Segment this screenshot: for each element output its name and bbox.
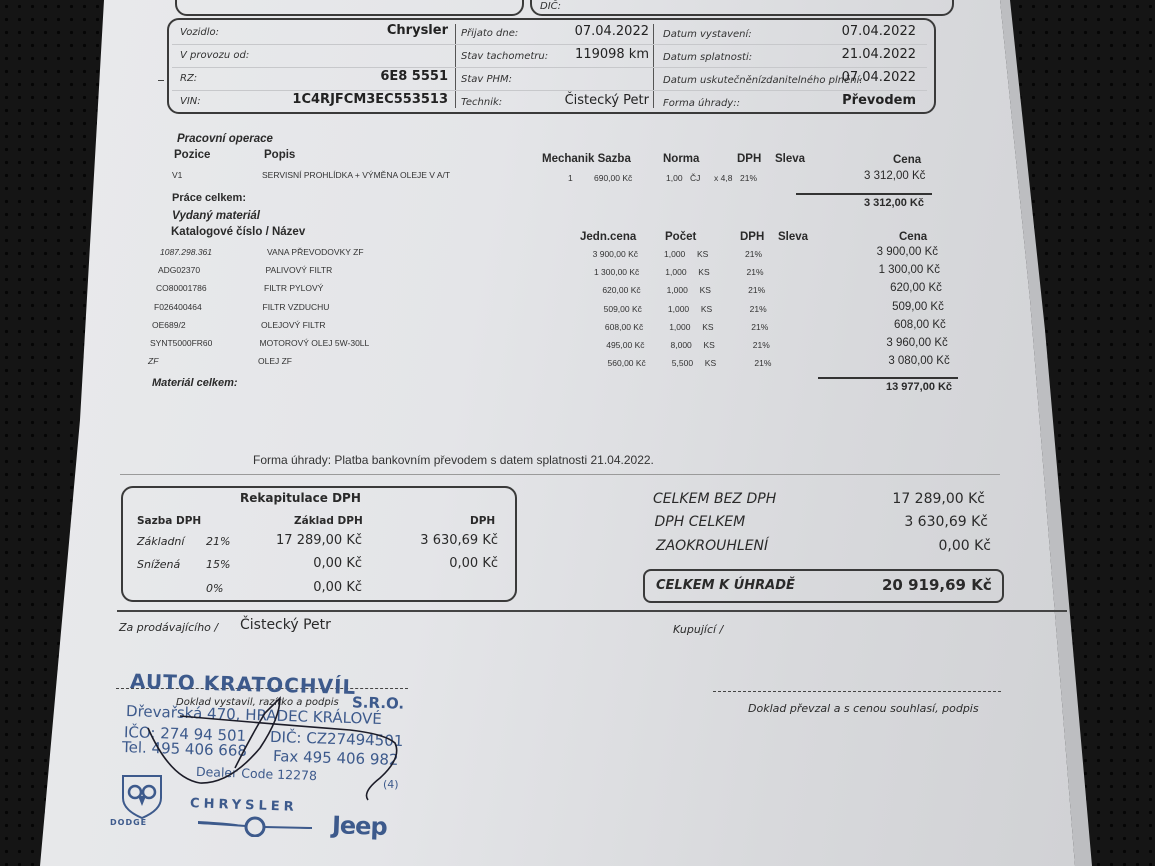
date-value: 07.04.2022 bbox=[842, 70, 916, 85]
buyer-caption: Doklad převzal a s cenou souhlasí, podpi… bbox=[748, 702, 979, 715]
left-tick bbox=[158, 80, 164, 81]
brand-jeep: Jeep bbox=[332, 811, 388, 841]
material-unit-price: 620,00 Kč bbox=[602, 285, 640, 295]
seller-label: Za prodávajícího / bbox=[119, 621, 218, 634]
material-dph: 21% bbox=[751, 322, 768, 332]
material-name: MOTOROVÝ OLEJ 5W-30LL bbox=[260, 338, 370, 348]
material-qty: 1,000 bbox=[665, 267, 686, 277]
labor-total: 3 312,00 Kč bbox=[864, 197, 924, 209]
col-sleva: Sleva bbox=[775, 153, 805, 165]
date-value: 07.04.2022 bbox=[842, 24, 916, 39]
labor-total-label: Práce celkem: bbox=[172, 192, 246, 204]
material-price: 3 080,00 Kč bbox=[888, 355, 949, 367]
labor-mult: x 4,8 bbox=[714, 173, 732, 183]
vehicle-info-box bbox=[167, 18, 936, 114]
col-pozice: Pozice bbox=[174, 149, 210, 161]
material-total-rule bbox=[818, 377, 958, 379]
material-dph: 21% bbox=[748, 285, 765, 295]
material-name: OLEJ ZF bbox=[258, 356, 292, 366]
material-qty: 5,500 bbox=[672, 358, 693, 368]
material-catalog-no: ADG02370 bbox=[158, 265, 200, 275]
material-dph: 21% bbox=[750, 304, 767, 314]
vehicle-label: VIN: bbox=[180, 96, 201, 107]
labor-section-title: Pracovní operace bbox=[177, 133, 273, 145]
brand-dodge: DODGE bbox=[110, 818, 147, 827]
labor-cena: 3 312,00 Kč bbox=[864, 170, 925, 182]
material-qty: 1,000 bbox=[664, 249, 685, 259]
grand-total-value: 20 919,69 Kč bbox=[882, 576, 992, 594]
material-price: 3 900,00 Kč bbox=[877, 246, 938, 258]
row-divider bbox=[172, 67, 927, 68]
date-value: 21.04.2022 bbox=[842, 47, 916, 62]
vehicle-value: 1C4RJFCM3EC553513 bbox=[292, 92, 448, 107]
chrysler-wings-logo-icon bbox=[196, 815, 314, 837]
vehicle-label: RZ: bbox=[180, 73, 197, 84]
vat-recap-title: Rekapitulace DPH bbox=[240, 491, 361, 505]
service-label: Technik: bbox=[461, 97, 502, 108]
material-catalog-no: F026400464 bbox=[154, 302, 202, 312]
material-price: 608,00 Kč bbox=[894, 319, 946, 331]
vat-base: 17 289,00 Kč bbox=[276, 533, 362, 548]
material-qty: 8,000 bbox=[671, 340, 692, 350]
dic-label: DIČ: bbox=[540, 1, 561, 12]
divider bbox=[455, 24, 456, 108]
vat-rate-name: Snížená bbox=[137, 558, 180, 571]
payment-note: Forma úhrady: Platba bankovním převodem … bbox=[253, 453, 654, 467]
material-section-title: Vydaný materiál bbox=[172, 210, 260, 222]
material-name: OLEJOVÝ FILTR bbox=[261, 320, 326, 330]
summary-value: 0,00 Kč bbox=[939, 538, 992, 554]
vehicle-value: 6E8 5551 bbox=[380, 69, 448, 84]
material-dph: 21% bbox=[754, 358, 771, 368]
vehicle-label: Vozidlo: bbox=[180, 27, 219, 38]
date-label: Datum vystavení: bbox=[663, 29, 752, 40]
dic-box-partial bbox=[530, 0, 954, 16]
material-unit: KS bbox=[697, 249, 708, 259]
material-dph: 21% bbox=[747, 267, 764, 277]
vat-base: 0,00 Kč bbox=[313, 556, 362, 571]
divider bbox=[653, 24, 654, 108]
material-dph: 21% bbox=[745, 249, 762, 259]
date-label: Forma úhrady:: bbox=[663, 98, 740, 109]
vat-rate: 0% bbox=[206, 582, 223, 595]
material-qty: 1,000 bbox=[667, 285, 688, 295]
material-unit: KS bbox=[700, 285, 711, 295]
vehicle-value: Chrysler bbox=[387, 23, 448, 38]
row-divider bbox=[172, 90, 927, 91]
material-dph: 21% bbox=[753, 340, 770, 350]
material-catalog-no: CO80001786 bbox=[156, 283, 207, 293]
service-label: Stav PHM: bbox=[461, 74, 512, 85]
service-value: 119098 km bbox=[575, 47, 649, 62]
material-unit-price: 509,00 Kč bbox=[604, 304, 642, 314]
service-label: Stav tachometru: bbox=[461, 51, 548, 62]
col-cena: Cena bbox=[899, 231, 927, 243]
col-dph: DPH bbox=[740, 231, 764, 243]
summary-label: DPH CELKEM bbox=[655, 514, 746, 530]
labor-total-rule bbox=[796, 193, 932, 195]
dodge-ram-logo-icon bbox=[120, 772, 164, 820]
material-catalog-no: OE689/2 bbox=[152, 320, 186, 330]
material-total-label: Materiál celkem: bbox=[152, 377, 238, 389]
vat-rate: 21% bbox=[206, 535, 230, 548]
service-label: Přijato dne: bbox=[461, 28, 518, 39]
material-price: 3 960,00 Kč bbox=[886, 337, 947, 349]
col-popis: Popis bbox=[264, 149, 295, 161]
vat-base: 0,00 Kč bbox=[313, 580, 362, 595]
col-katalog: Katalogové číslo / Název bbox=[171, 226, 305, 238]
summary-label: ZAOKROUHLENÍ bbox=[656, 538, 768, 554]
summary-value: 17 289,00 Kč bbox=[892, 491, 985, 507]
material-unit-price: 1 300,00 Kč bbox=[594, 267, 639, 277]
material-unit-price: 3 900,00 Kč bbox=[593, 249, 638, 259]
col-jedn-cena: Jedn.cena bbox=[580, 231, 636, 243]
vat-col-dph: DPH bbox=[470, 515, 495, 527]
grand-total-label: CELKEM K ÚHRADĚ bbox=[656, 578, 795, 593]
material-unit: KS bbox=[702, 322, 713, 332]
buyer-dashed-line bbox=[713, 691, 1001, 692]
col-dph: DPH bbox=[737, 153, 761, 165]
customer-box-partial bbox=[175, 0, 524, 16]
vat-amount: 0,00 Kč bbox=[449, 556, 498, 571]
labor-sazba: 690,00 Kč bbox=[594, 173, 632, 183]
col-sleva: Sleva bbox=[778, 231, 808, 243]
labor-dph: 21% bbox=[740, 173, 757, 183]
material-unit-price: 495,00 Kč bbox=[606, 340, 644, 350]
service-value: 07.04.2022 bbox=[575, 24, 649, 39]
date-label: Datum splatnosti: bbox=[663, 52, 752, 63]
seller-name: Čistecký Petr bbox=[240, 617, 331, 633]
material-name: FILTR VZDUCHU bbox=[263, 302, 330, 312]
signature-rule bbox=[117, 610, 1067, 612]
row-divider bbox=[172, 44, 927, 45]
material-qty: 1,000 bbox=[668, 304, 689, 314]
service-value: Čistecký Petr bbox=[565, 93, 649, 108]
material-name: PALIVOVÝ FILTR bbox=[266, 265, 333, 275]
material-unit: KS bbox=[705, 358, 716, 368]
vat-col-zaklad: Základ DPH bbox=[294, 515, 363, 527]
vat-rate-name: Základní bbox=[137, 535, 184, 548]
labor-norma: 1,00 bbox=[666, 173, 683, 183]
material-unit-price: 560,00 Kč bbox=[608, 358, 646, 368]
material-name: VANA PŘEVODOVKY ZF bbox=[267, 247, 364, 257]
material-total: 13 977,00 Kč bbox=[886, 381, 952, 393]
col-norma: Norma bbox=[663, 153, 699, 165]
divider bbox=[120, 474, 1000, 475]
buyer-label: Kupující / bbox=[673, 623, 723, 636]
vehicle-label: V provozu od: bbox=[180, 50, 249, 61]
stamp-note: (4) bbox=[383, 778, 399, 791]
date-value: Převodem bbox=[842, 93, 916, 108]
material-price: 1 300,00 Kč bbox=[879, 264, 940, 276]
labor-mechanik: 1 bbox=[568, 173, 573, 183]
labor-pozice: V1 bbox=[172, 170, 182, 180]
summary-label: CELKEM BEZ DPH bbox=[653, 491, 776, 507]
vat-col-sazba: Sazba DPH bbox=[137, 515, 201, 527]
material-unit: KS bbox=[701, 304, 712, 314]
material-price: 620,00 Kč bbox=[890, 282, 942, 294]
material-unit-price: 608,00 Kč bbox=[605, 322, 643, 332]
material-qty: 1,000 bbox=[669, 322, 690, 332]
material-price: 509,00 Kč bbox=[892, 301, 944, 313]
col-cena: Cena bbox=[893, 154, 921, 166]
material-catalog-no: 1087.298.361 bbox=[160, 247, 212, 257]
labor-popis: SERVISNÍ PROHLÍDKA + VÝMĚNA OLEJE V A/T bbox=[262, 170, 450, 180]
labor-unit: ČJ bbox=[690, 173, 700, 183]
material-catalog-no: SYNT5000FR60 bbox=[150, 338, 212, 348]
material-unit: KS bbox=[704, 340, 715, 350]
col-pocet: Počet bbox=[665, 231, 696, 243]
date-label: Datum uskutečněnízdanitelného plnění: bbox=[663, 75, 863, 86]
material-unit: KS bbox=[698, 267, 709, 277]
col-mechanik-sazba: Mechanik Sazba bbox=[542, 153, 631, 165]
material-name: FILTR PYLOVÝ bbox=[264, 283, 323, 293]
vat-rate: 15% bbox=[206, 558, 230, 571]
material-catalog-no: ZF bbox=[148, 356, 158, 366]
vat-amount: 3 630,69 Kč bbox=[420, 533, 498, 548]
summary-value: 3 630,69 Kč bbox=[904, 514, 988, 530]
